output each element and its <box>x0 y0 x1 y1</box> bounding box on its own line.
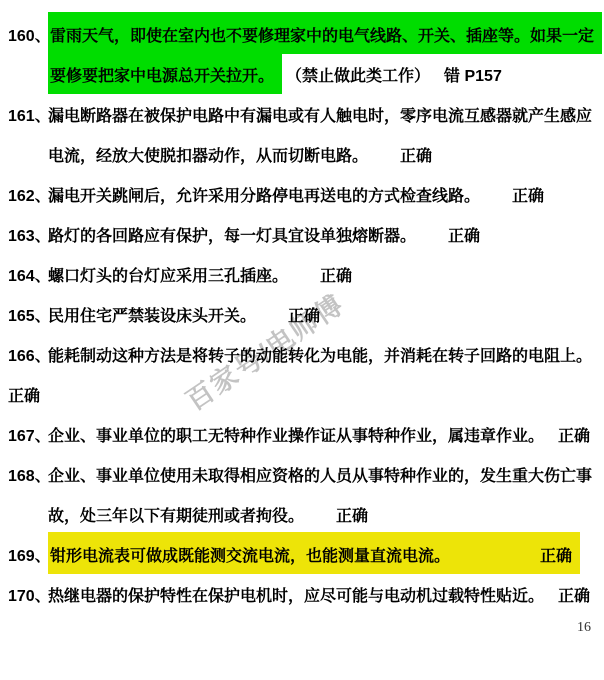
question-line: 要修要把家中电源总开关拉开。（禁止做此类工作）错 P157 <box>8 57 596 97</box>
question-number: 163、 <box>8 217 48 257</box>
question-line: 169、钳形电流表可做成既能测交流电流，也能测量直流电流。正确 <box>8 537 596 577</box>
question-text: 故，处三年以下有期徒刑或者拘役。 <box>48 508 304 525</box>
question-line: 160、雷雨天气，即使在室内也不要修理家中的电气线路、开关、插座等。如果一定 <box>8 17 596 57</box>
question-line: 164、螺口灯头的台灯应采用三孔插座。正确 <box>8 257 596 297</box>
question-text: 企业、事业单位使用未取得相应资格的人员从事特种作业的，发生重大伤亡事 <box>48 468 592 485</box>
question-number: 164、 <box>8 257 48 297</box>
question-line: 167、企业、事业单位的职工无特种作业操作证从事特种作业，属违章作业。正确 <box>8 417 596 457</box>
question-number: 168、 <box>8 457 48 497</box>
question-line: 166、能耗制动这种方法是将转子的动能转化为电能，并消耗在转子回路的电阻上。 <box>8 337 596 377</box>
question-number: 167、 <box>8 417 48 457</box>
question-number: 169、 <box>8 537 48 577</box>
question-list: 160、雷雨天气，即使在室内也不要修理家中的电气线路、开关、插座等。如果一定要修… <box>8 17 596 617</box>
question-text: 螺口灯头的台灯应采用三孔插座。 <box>48 268 288 285</box>
question-text: 钳形电流表可做成既能测交流电流，也能测量直流电流。 <box>48 532 458 574</box>
answer-text: 正确 <box>512 188 544 205</box>
note-text: （禁止做此类工作） <box>294 68 430 85</box>
question-text: 能耗制动这种方法是将转子的动能转化为电能，并消耗在转子回路的电阻上。 <box>48 348 592 365</box>
question-number: 161、 <box>8 97 48 137</box>
question-number: 162、 <box>8 177 48 217</box>
question-text: 漏电开关跳闸后，允许采用分路停电再送电的方式检查线路。 <box>48 188 480 205</box>
question-text: 热继电器的保护特性在保护电机时，应尽可能与电动机过载特性贴近。 <box>48 588 544 605</box>
question-line: 165、民用住宅严禁装设床头开关。正确 <box>8 297 596 337</box>
question-line: 163、路灯的各回路应有保护，每一灯具宜设单独熔断器。正确 <box>8 217 596 257</box>
answer-text: 正确 <box>8 388 40 405</box>
question-text: 企业、事业单位的职工无特种作业操作证从事特种作业，属违章作业。 <box>48 428 544 445</box>
answer-text: 正确 <box>558 588 590 605</box>
question-line: 161、漏电断路器在被保护电路中有漏电或有人触电时，零序电流互感器就产生感应 <box>8 97 596 137</box>
question-text: 雷雨天气，即使在室内也不要修理家中的电气线路、开关、插座等。如果一定 <box>48 12 602 54</box>
document-page: 百家号/电师傅 160、雷雨天气，即使在室内也不要修理家中的电气线路、开关、插座… <box>0 0 604 680</box>
question-text: 电流，经放大使脱扣器动作，从而切断电路。 <box>48 148 368 165</box>
question-line: 162、漏电开关跳闸后，允许采用分路停电再送电的方式检查线路。正确 <box>8 177 596 217</box>
answer-text: 正确 <box>448 228 480 245</box>
answer-text: 正确 <box>558 428 590 445</box>
question-text: 要修要把家中电源总开关拉开。 <box>48 52 282 94</box>
question-number: 165、 <box>8 297 48 337</box>
question-text: 漏电断路器在被保护电路中有漏电或有人触电时，零序电流互感器就产生感应 <box>48 108 592 125</box>
question-text: 路灯的各回路应有保护，每一灯具宜设单独熔断器。 <box>48 228 416 245</box>
question-line: 168、企业、事业单位使用未取得相应资格的人员从事特种作业的，发生重大伤亡事 <box>8 457 596 497</box>
answer-text: 正确 <box>288 308 320 325</box>
question-line: 正确 <box>8 377 596 417</box>
answer-text: 正确 <box>320 268 352 285</box>
question-number: 166、 <box>8 337 48 377</box>
answer-text: 错 P157 <box>444 68 502 85</box>
question-line: 故，处三年以下有期徒刑或者拘役。正确 <box>8 497 596 537</box>
question-line: 电流，经放大使脱扣器动作，从而切断电路。正确 <box>8 137 596 177</box>
answer-text: 正确 <box>458 532 580 574</box>
answer-text: 正确 <box>336 508 368 525</box>
page-number: 16 <box>577 620 591 636</box>
question-line: 170、热继电器的保护特性在保护电机时，应尽可能与电动机过载特性贴近。正确 <box>8 577 596 617</box>
question-number: 160、 <box>8 17 48 57</box>
question-text: 民用住宅严禁装设床头开关。 <box>48 308 256 325</box>
question-number: 170、 <box>8 577 48 617</box>
answer-text: 正确 <box>400 148 432 165</box>
